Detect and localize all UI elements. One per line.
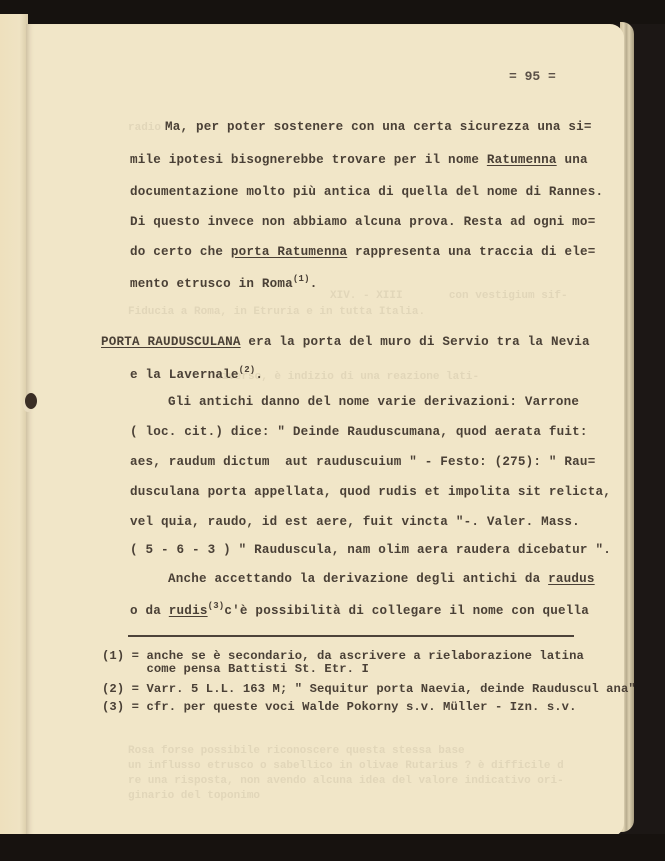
footnote-marker: (1) [102, 649, 124, 663]
body-line: dusculana porta appellata, quod rudis et… [130, 485, 611, 499]
footnote-text: = cfr. per queste voci Walde Pokorny s.v… [132, 700, 577, 714]
line-text: . [255, 368, 263, 382]
line-text: una [557, 153, 588, 167]
line-text: e la Lavernale [130, 368, 239, 382]
line-text: era la porta del muro di Servio tra la N… [241, 335, 590, 349]
footnote-1: (1) = anche se è secondario, da ascriver… [102, 649, 584, 663]
line-text: Ma, per poter sostenere con una certa si… [165, 120, 592, 134]
line-text: rappresenta una traccia di ele= [347, 245, 595, 259]
footnote-1-cont: come pensa Battisti St. Etr. I [102, 662, 369, 676]
body-line: vel quia, raudo, id est aere, fuit vinct… [130, 515, 580, 529]
footnote-marker: (2) [102, 682, 124, 696]
footnote-text: come pensa Battisti St. Etr. I [132, 662, 369, 676]
body-line: Ma, per poter sostenere con una certa si… [165, 120, 592, 134]
body-line: documentazione molto più antica di quell… [130, 185, 603, 199]
body-line: mento etrusco in Roma(1). [130, 274, 318, 291]
body-line: PORTA RAUDUSCULANA era la porta del muro… [101, 335, 590, 349]
line-text: vel quia, raudo, id est aere, fuit vinct… [130, 515, 580, 529]
facing-page-edge [0, 14, 28, 834]
bleed-through-text: un influsso etrusco o sabellico in oliva… [128, 760, 564, 772]
footnote-3: (3) = cfr. per queste voci Walde Pokorny… [102, 700, 577, 714]
bleed-through-text: Fiducia a Roma, in Etruria e in tutta It… [128, 306, 425, 318]
scan-background-bottom [0, 834, 665, 861]
body-line: Gli antichi danno del nome varie derivaz… [168, 395, 579, 409]
bleed-through-text: ginario del toponimo [128, 790, 260, 802]
footnote-text: = Varr. 5 L.L. 163 M; " Sequitur porta N… [132, 682, 636, 696]
body-line: do certo che porta Ratumenna rappresenta… [130, 245, 595, 259]
scan-background-top [0, 0, 665, 24]
line-text: Gli antichi danno del nome varie derivaz… [168, 395, 579, 409]
footnote-ref: (1) [293, 274, 310, 284]
body-line: e la Lavernale(2). [130, 365, 263, 382]
footnote-2: (2) = Varr. 5 L.L. 163 M; " Sequitur por… [102, 682, 636, 696]
line-text: ( loc. cit.) dice: " Deinde Rauduscumana… [130, 425, 588, 439]
bleed-through-text: Rosa forse possibile riconoscere questa … [128, 745, 465, 757]
line-text: Di questo invece non abbiamo alcuna prov… [130, 215, 595, 229]
underlined-term: porta Ratumenna [231, 245, 347, 259]
body-line: ( loc. cit.) dice: " Deinde Rauduscumana… [130, 425, 588, 439]
line-text: . [310, 277, 318, 291]
footnote-marker: (3) [102, 700, 124, 714]
underlined-term: rudis [169, 604, 208, 618]
body-line: ( 5 - 6 - 3 ) " Rauduscula, nam olim aer… [130, 543, 611, 557]
line-text: dusculana porta appellata, quod rudis et… [130, 485, 611, 499]
line-text: mile ipotesi bisognerebbe trovare per il… [130, 153, 487, 167]
line-text: do certo che [130, 245, 231, 259]
line-text: Anche accettando la derivazione degli an… [168, 572, 548, 586]
bleed-through-text: re una risposta, non avendo alcuna idea … [128, 775, 564, 787]
section-heading-term: PORTA RAUDUSCULANA [101, 335, 241, 349]
line-text: o da [130, 604, 169, 618]
footnote-separator [128, 635, 574, 637]
body-line: o da rudis(3)c'è possibilità di collegar… [130, 601, 589, 618]
line-text: aes, raudum dictum aut rauduscuium " - F… [130, 455, 595, 469]
bleed-through-text: radio [128, 122, 161, 134]
underlined-term: raudus [548, 572, 595, 586]
underlined-term: Ratumenna [487, 153, 557, 167]
binding-hole [25, 393, 37, 409]
page-number: = 95 = [509, 69, 556, 84]
line-text: mento etrusco in Roma [130, 277, 293, 291]
body-line: Di questo invece non abbiamo alcuna prov… [130, 215, 595, 229]
line-text: ( 5 - 6 - 3 ) " Rauduscula, nam olim aer… [130, 543, 611, 557]
footnote-ref: (2) [239, 365, 256, 375]
line-text: c'è possibilità di collegare il nome con… [224, 604, 589, 618]
line-text: documentazione molto più antica di quell… [130, 185, 603, 199]
body-line: aes, raudum dictum aut rauduscuium " - F… [130, 455, 595, 469]
bleed-through-text: XIV. - XIII con vestigium sif- [330, 290, 568, 302]
body-line: mile ipotesi bisognerebbe trovare per il… [130, 153, 588, 167]
body-line: Anche accettando la derivazione degli an… [168, 572, 595, 586]
footnote-ref: (3) [208, 601, 225, 611]
footnote-text: = anche se è secondario, da ascrivere a … [132, 649, 584, 663]
